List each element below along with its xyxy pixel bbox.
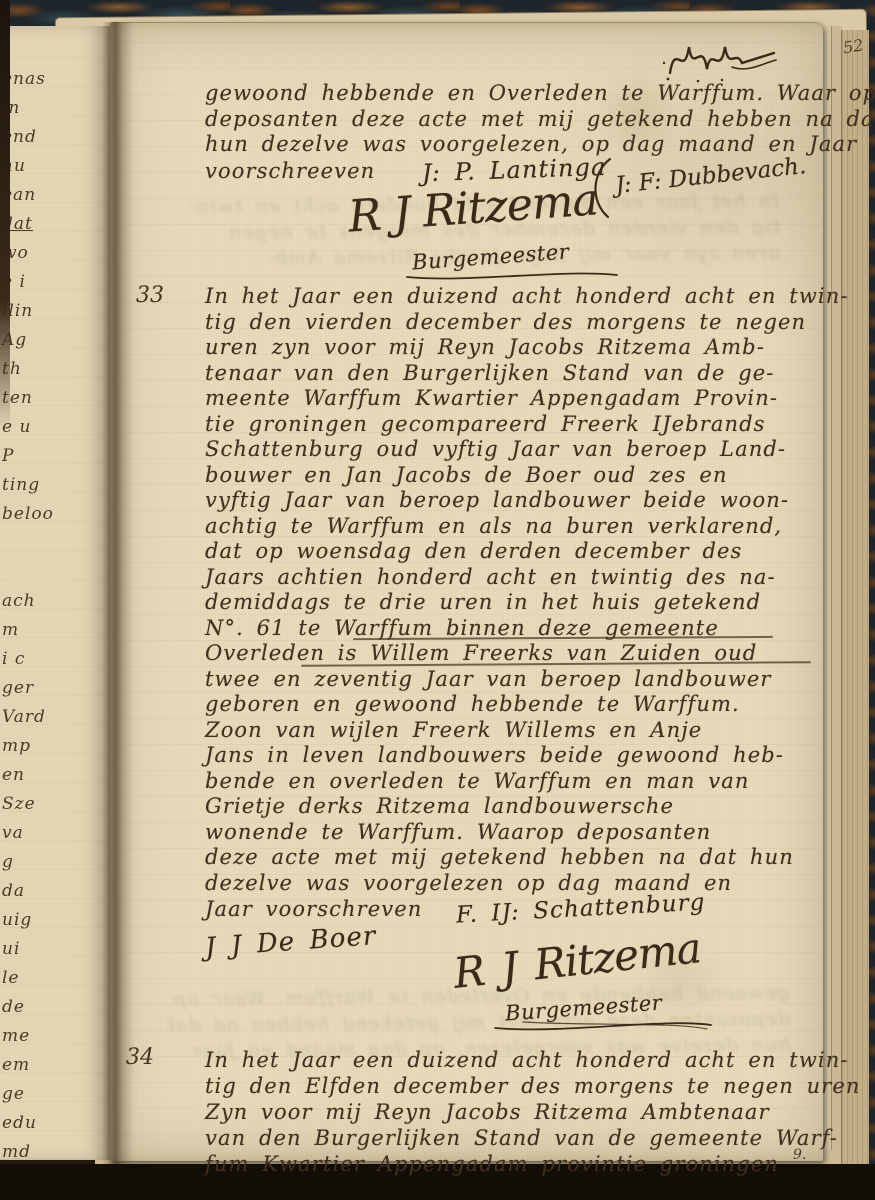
page-number: 52 bbox=[842, 36, 865, 58]
act-line: Grietje derks Ritzema landbouwersche bbox=[205, 794, 823, 820]
act-line: deze acte met mij getekend hebben na dat… bbox=[205, 845, 823, 871]
text-fragment: en bbox=[2, 761, 102, 790]
text-fragment: le bbox=[2, 964, 102, 993]
text-fragment: Ag bbox=[2, 326, 102, 355]
act-line: In het Jaar een duizend acht honderd ach… bbox=[205, 1047, 823, 1073]
act-line: gewoond hebbende en Overleden te Warffum… bbox=[205, 81, 820, 107]
act-line: In het Jaar een duizend acht honderd ach… bbox=[205, 284, 823, 310]
act-line: bende en overleden te Warffum en man van bbox=[205, 769, 823, 795]
corner-mark: 9. bbox=[793, 1147, 806, 1163]
act-line: deposanten deze acte met mij getekend he… bbox=[205, 107, 820, 133]
act-line: bouwer en Jan Jacobs de Boer oud zes en bbox=[205, 463, 823, 489]
act-line: Jans in leven landbouwers beide gewoond … bbox=[205, 743, 823, 769]
act-line: dat op woensdag den derden december des bbox=[205, 539, 823, 565]
act-line: uren zyn voor mij Reyn Jacobs Ritzema Am… bbox=[205, 335, 823, 361]
act-line: demiddags te drie uren in het huis getek… bbox=[205, 590, 823, 616]
act-34-body: In het Jaar een duizend acht honderd ach… bbox=[205, 1047, 823, 1177]
registrar-signature-ritzema: R J Ritzema bbox=[347, 174, 600, 242]
text-fragment: in bbox=[2, 94, 102, 123]
closing-word: voorschreeven bbox=[205, 159, 375, 183]
witness-signature-de-boer: J J De Boer bbox=[204, 921, 377, 963]
closing-word: Jaar voorschreven bbox=[205, 897, 422, 923]
page-block-fore-edge bbox=[841, 30, 869, 1180]
text-fragment: llin bbox=[2, 297, 102, 326]
act-33-closing: Jaar voorschreven F. IJ: Schattenburg bbox=[205, 896, 823, 923]
text-fragment: e u bbox=[2, 413, 102, 442]
text-fragment: g bbox=[2, 848, 102, 877]
text-fragment bbox=[2, 529, 102, 558]
text-fragment: t bbox=[2, 36, 102, 65]
text-fragment: ach bbox=[2, 587, 102, 616]
text-fragment: edu bbox=[2, 1109, 102, 1138]
binding-edge-shadow bbox=[0, 0, 10, 430]
act-line: dezelve was voorgelezen op dag maand en bbox=[205, 871, 823, 897]
text-fragment: hu bbox=[2, 152, 102, 181]
text-fragment: th bbox=[2, 355, 102, 384]
text-fragment: de bbox=[2, 993, 102, 1022]
gutter-shadow bbox=[102, 22, 134, 1164]
text-fragment: ui bbox=[2, 935, 102, 964]
title-underline-flourish-icon bbox=[493, 1016, 713, 1038]
text-fragment: mp bbox=[2, 732, 102, 761]
text-fragment: Vard bbox=[2, 703, 102, 732]
text-fragment: ge bbox=[2, 1080, 102, 1109]
act-line: van den Burgerlijken Stand van de gemeen… bbox=[205, 1125, 823, 1151]
text-fragment: e i bbox=[2, 268, 102, 297]
registrar-signature-ritzema: R J Ritzema bbox=[451, 923, 703, 998]
act-line: hun dezelve was voorgelezen, op dag maan… bbox=[205, 132, 820, 158]
text-fragment: ten bbox=[2, 384, 102, 413]
text-fragment: va bbox=[2, 819, 102, 848]
act-line: fum Kwartier Appengadam provintie gronin… bbox=[205, 1151, 823, 1177]
text-fragment: enas bbox=[2, 65, 102, 94]
act-line: vyftig Jaar van beroep landbouwer beide … bbox=[205, 488, 823, 514]
act-number-33: 33 bbox=[136, 283, 164, 308]
text-fragment: uig bbox=[2, 906, 102, 935]
act-line: Schattenburg oud vyftig Jaar van beroep … bbox=[205, 437, 823, 463]
act-line: Zyn voor mij Reyn Jacobs Ritzema Ambtena… bbox=[205, 1099, 823, 1125]
text-fragment: m bbox=[2, 616, 102, 645]
text-fragment: ting bbox=[2, 471, 102, 500]
text-fragment: Sze bbox=[2, 790, 102, 819]
text-fragment: ean bbox=[2, 181, 102, 210]
register-page: In het Jaar een duizend acht honderd ach… bbox=[110, 22, 823, 1161]
act-line: wonende te Warffum. Waarop deposanten bbox=[205, 820, 823, 846]
text-fragment bbox=[2, 558, 102, 587]
text-fragment: dat bbox=[2, 210, 102, 239]
text-fragment: ger bbox=[2, 674, 102, 703]
act-line: tig den Elfden december des morgens te n… bbox=[205, 1073, 823, 1099]
act-line: meente Warffum Kwartier Appengadam Provi… bbox=[205, 386, 823, 412]
text-fragment: em bbox=[2, 1051, 102, 1080]
register-book-scan: t enas in end hu ean dat wo e i llin Ag … bbox=[0, 0, 875, 1200]
text-fragment: wo bbox=[2, 239, 102, 268]
text-fragment: i c bbox=[2, 645, 102, 674]
act-line: twee en zeventig Jaar van beroep landbou… bbox=[205, 667, 823, 693]
text-fragment: me bbox=[2, 1022, 102, 1051]
act-line: tie groningen gecompareerd Freerk IJebra… bbox=[205, 412, 823, 438]
act-line: Zoon van wijlen Freerk Willems en Anje bbox=[205, 718, 823, 744]
text-fragment: da bbox=[2, 877, 102, 906]
act-line: tenaar van den Burgerlijken Stand van de… bbox=[205, 361, 823, 387]
previous-page-text-fragments: t enas in end hu ean dat wo e i llin Ag … bbox=[2, 36, 102, 1167]
act-line: tig den vierden december des morgens te … bbox=[205, 310, 823, 336]
act-line: achtig te Warffum en als na buren verkla… bbox=[205, 514, 823, 540]
previous-page-sliver: t enas in end hu ean dat wo e i llin Ag … bbox=[0, 26, 110, 1160]
act-line: geboren en gewoond hebbende te Warffum. bbox=[205, 692, 823, 718]
act-33-body: In het Jaar een duizend acht honderd ach… bbox=[205, 284, 823, 957]
text-fragment: P bbox=[2, 442, 102, 471]
act-line: Jaars achtien honderd acht en twintig de… bbox=[205, 565, 823, 591]
text-fragment: beloo bbox=[2, 500, 102, 529]
text-fragment: end bbox=[2, 123, 102, 152]
text-fragment: md bbox=[2, 1138, 102, 1167]
